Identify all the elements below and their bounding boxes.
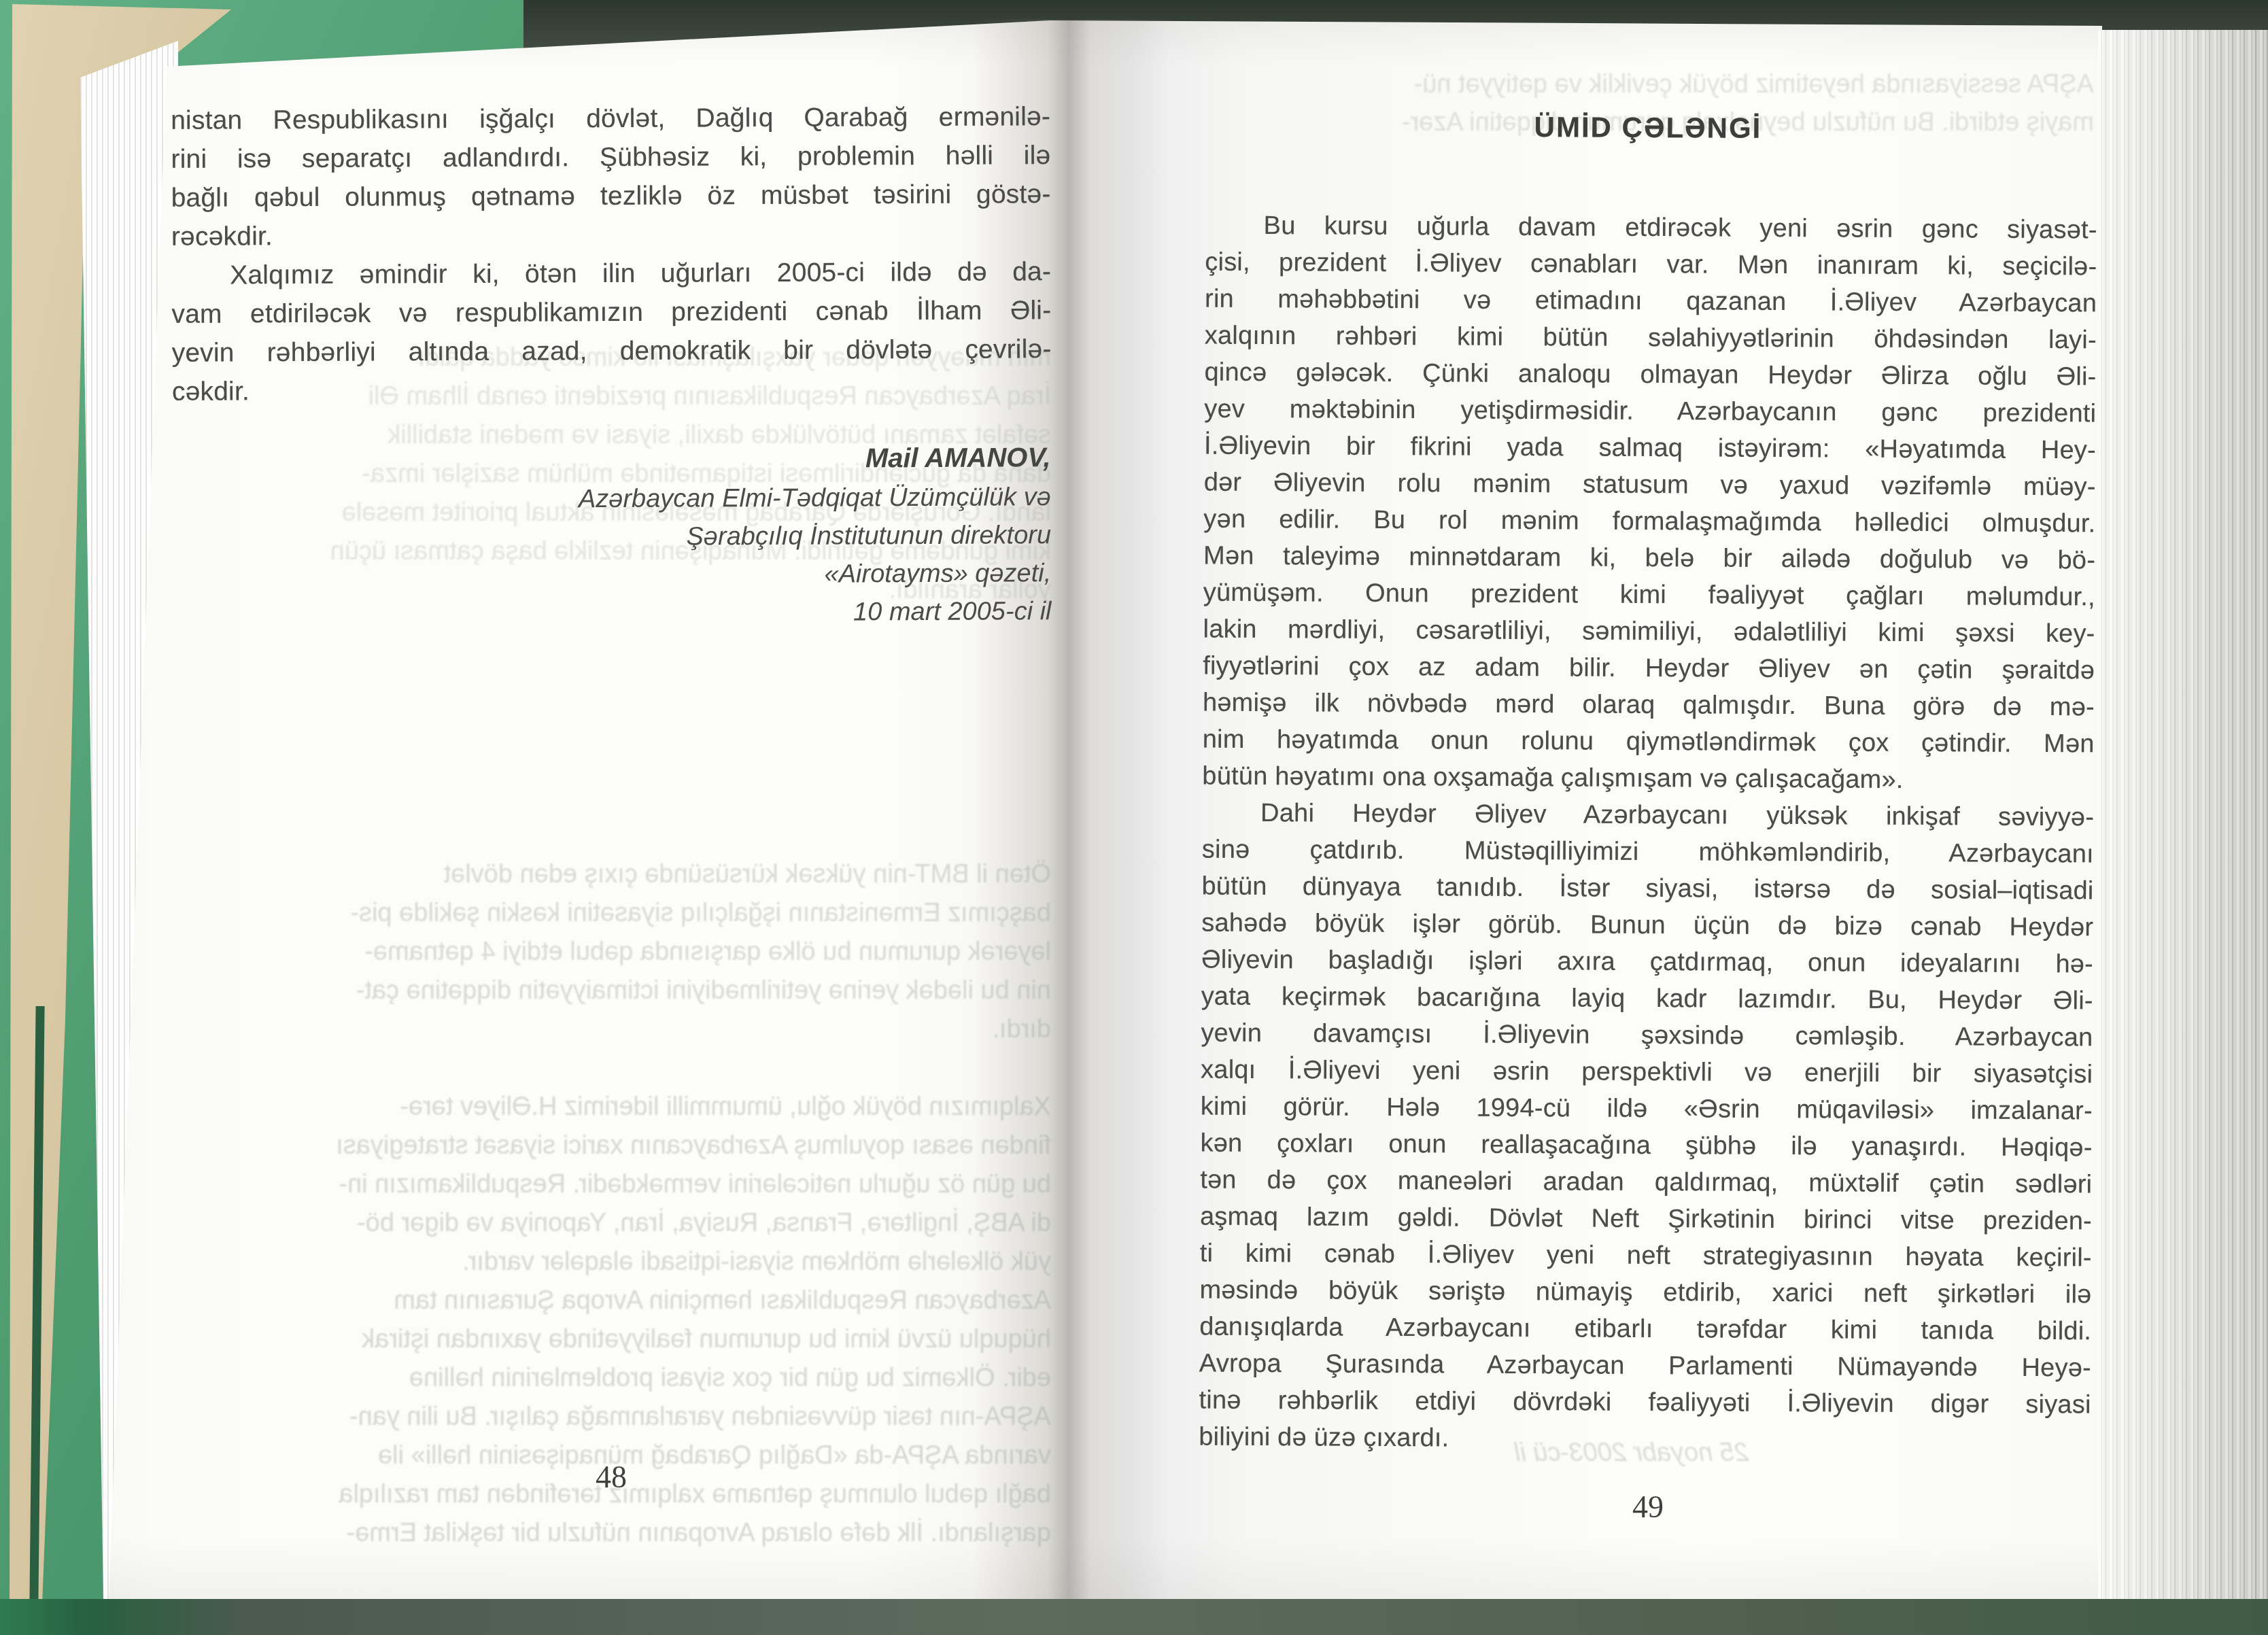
text-line: tən də çox maneələri aradan qaldırmaq, m… (1200, 1162, 2092, 1203)
text-line: Xalqımız əmindir ki, ötən ilin uğurları … (171, 252, 1051, 295)
text-line: aşmaq lazım gəldi. Dövlət Neft Şirkətini… (1200, 1199, 2092, 1240)
text-line: qincə gələcək. Çünki analoqu olmayan Hey… (1204, 354, 2096, 396)
page-stack-right-shading (2098, 30, 2268, 1608)
text-line: yata keçirmək bacarığına layiq kadr lazı… (1201, 978, 2093, 1020)
text-line: xalqının rəhbəri kimi bütün səlahiyyətlə… (1205, 317, 2097, 359)
text-line: həmişə ilk növbədə mərd olaraq qalmışdır… (1203, 685, 2095, 726)
left-page-number: 48 (171, 1459, 1051, 1495)
text-line: məsində böyük səriştə nümayiş etdirib, x… (1199, 1272, 2091, 1313)
text-line: xalqı İ.Əliyevi yeni əsrin perspektivli … (1201, 1052, 2093, 1093)
text-line: rəcəkdir. (171, 213, 1051, 256)
scanned-book-spread: mın müəyyən qədər yaxşılaşması ilə kimsə… (0, 0, 2268, 1635)
text-line: bağlı qəbul olunmuş qətnamə tezliklə öz … (171, 175, 1051, 218)
text-line: sahədə böyük işlər görüb. Bunun üçün də … (1201, 905, 2093, 946)
text-line: yevin davamçısı İ.Əliyevin şəxsində cəml… (1201, 1015, 2093, 1056)
text-line: vam etdiriləcək və respublikamızın prezi… (171, 291, 1051, 334)
text-line: danışıqlarda Azərbaycanı etibarlı tərəfd… (1199, 1309, 2091, 1350)
text-line: 10 mart 2005-ci il (171, 592, 1051, 634)
text-line: cəkdir. (172, 368, 1052, 411)
text-line: Şərabçılıq İnstitutunun direktoru (171, 516, 1051, 558)
text-line: kən çoxları onun reallaşacağına şübhə il… (1200, 1125, 2092, 1167)
text-line: Azərbaycan Elmi-Tədqiqat Üzümçülük və (171, 478, 1051, 520)
text-line: bütün dünyaya tanıdıb. İstər siyasi, ist… (1201, 868, 2093, 910)
left-page-body-text: nistan Respublikasını işğalçı dövlət, Da… (171, 97, 1052, 411)
text-line: dər Əliyevin rolu mənim statusum və yaxu… (1204, 464, 2096, 506)
text-line: ti kimi cənab İ.Əliyev yeni neft strateg… (1200, 1235, 2092, 1277)
text-line: Əliyevin başladığı işləri axıra çatdırma… (1201, 942, 2093, 983)
text-line: Mən taleyimə minnətdaram ki, belə bir ai… (1203, 538, 2095, 579)
text-line: sinə çatdırıb. Müstəqilliyimizi möhkəmlə… (1202, 831, 2094, 873)
text-line: rin məhəbbətini və etimadını qazanan İ.Ə… (1205, 281, 2097, 322)
right-page-body-text: Bu kursu uğurla davam etdirəcək yeni əsr… (1199, 207, 2097, 1460)
text-line: yevin rəhbərliyi altında azad, demokrati… (172, 330, 1052, 373)
text-line: Bu kursu uğurla davam etdirəcək yeni əsr… (1205, 207, 2097, 249)
text-line: biliyini də üzə çıxardı. (1199, 1419, 2091, 1460)
text-line: «Airotayms» qəzeti, (171, 554, 1051, 596)
author-name: Mail AMANOV, (171, 437, 1050, 482)
text-line: fiyyətlərini çox az adam bilir. Heydər Ə… (1203, 648, 2095, 689)
text-line: nim həyatımda onun rolunu qiymətləndirmə… (1203, 721, 2095, 763)
text-line: İ.Əliyevin bir fikrini yada salmaq istəy… (1204, 428, 2096, 469)
text-line: lakin mərdliyi, cəsarətliliyi, səmimiliy… (1203, 611, 2095, 653)
text-line: Avropa Şurasında Azərbaycan Parlamenti N… (1199, 1345, 2091, 1387)
author-affiliation: Azərbaycan Elmi-Tədqiqat Üzümçülük vəŞər… (171, 478, 1052, 634)
text-line: nistan Respublikasını işğalçı dövlət, Da… (171, 97, 1050, 140)
signature-block: Mail AMANOV, Azərbaycan Elmi-Tədqiqat Üz… (171, 437, 1051, 634)
text-line: tinə rəhbərlik etdiyi dövrdəki fəaliyyət… (1199, 1382, 2091, 1424)
text-line: rini isə separatçı adlandırdı. Şübhəsiz … (171, 136, 1050, 179)
text-line: Dahi Heydər Əliyev Azərbaycanı yüksək in… (1202, 795, 2094, 836)
text-line: çisi, prezident İ.Əliyev cənabları var. … (1205, 244, 2097, 286)
text-line: kimi görür. Hələ 1994-cü ildə «Əsrin müq… (1201, 1088, 2093, 1130)
book-bottom-edge (0, 1599, 2268, 1635)
text-line: yən edilir. Bu rol mənim formalaşmağımda… (1203, 501, 2095, 543)
text-line: yümüşəm. Onun prezident kimi fəaliyyət ç… (1203, 574, 2095, 616)
chapter-heading: ÜMİD ÇƏLƏNGİ (1202, 109, 2094, 147)
text-line: yev məktəbinin yetişdirməsidir. Azərbayc… (1204, 391, 2096, 432)
text-line: bütün həyatımı ona oxşamağa çalışmışam v… (1202, 758, 2094, 799)
right-page-number: 49 (1202, 1489, 2094, 1525)
